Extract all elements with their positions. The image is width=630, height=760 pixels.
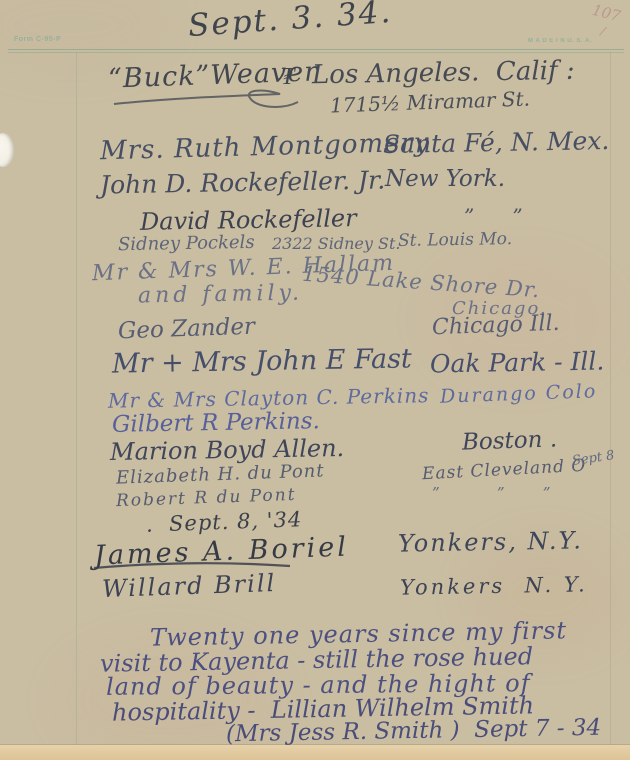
signature-address: 2322 Sidney St. [272, 236, 401, 252]
paper-stain [0, 0, 170, 70]
signature-place: Yonkers N. Y. [400, 574, 588, 598]
signature-name: Willard Brill [102, 571, 277, 601]
signature-name: Mr + Mrs John E Fast [112, 345, 412, 377]
signature-name: Marion Boyd Allen. [110, 436, 345, 464]
signature-place: Durango Colo [440, 382, 598, 406]
signature-name: John D. Rockefeller. Jr. [100, 168, 386, 198]
signature-name-extra: and family. [138, 283, 303, 308]
note-signature-line: (Mrs Jess R. Smith ) Sept 7 - 34 [226, 717, 602, 747]
signature-date-note: Sept 8 [571, 449, 615, 468]
ditto-marks: ” ” ” [432, 486, 550, 501]
ditto-marks: ” ” [464, 206, 523, 226]
signature-name: Elizabeth H. du Pont [116, 462, 325, 487]
page-number-mark: / [599, 24, 606, 39]
signature-address: 1540 Lake Shore Dr. [302, 264, 541, 302]
signature-name: David Rockefeller [140, 206, 357, 234]
left-margin-rule [76, 52, 77, 746]
signature-place: Boston . [462, 428, 558, 454]
signature-place: New York. [385, 168, 505, 191]
signature-address: 1715½ Miramar St. [330, 89, 530, 116]
signature-place: Oak Park - Ill. [430, 348, 605, 376]
signature-name: Mr & Mrs Clayton C. Perkins [108, 385, 430, 411]
made-in-usa-label: M A D E I N U. S. A. [528, 38, 592, 44]
page-number: 107 [590, 1, 622, 25]
page-bottom-edge [0, 745, 630, 760]
signature-name: Gilbert R Perkins. [112, 410, 320, 437]
signature-place: Chicago Ill. [432, 313, 560, 339]
header-rule-top [8, 49, 624, 50]
signature-place: Santa Fé, N. Mex. [383, 128, 610, 157]
signature-flourish [112, 86, 302, 116]
signature-place: St. Louis Mo. [398, 231, 512, 250]
header-rule-bottom [8, 52, 624, 53]
signature-name: Geo Zander [118, 316, 256, 344]
signature-place: Los Angeles. Calif : [312, 58, 575, 89]
right-margin-rule [610, 52, 611, 746]
signature-name: Mrs. Ruth Montgomery [100, 130, 430, 165]
form-number-label: Form C-95-P [14, 36, 61, 43]
date-heading: Sept. 3. 34. [187, 0, 393, 42]
brand-mark-glyph: ₮ [281, 64, 294, 88]
guest-register-page: Form C-95-P M A D E I N U. S. A. 107 / S… [0, 0, 630, 760]
binding-hole [0, 133, 14, 167]
signature-name: Sidney Pockels [118, 234, 255, 254]
signature-place: East Cleveland O [422, 458, 587, 484]
second-date-heading: . Sept. 8, '34 [146, 509, 303, 535]
signature-name: Robert R du Pont [116, 487, 297, 510]
signature-place: Yonkers, N.Y. [398, 528, 583, 555]
